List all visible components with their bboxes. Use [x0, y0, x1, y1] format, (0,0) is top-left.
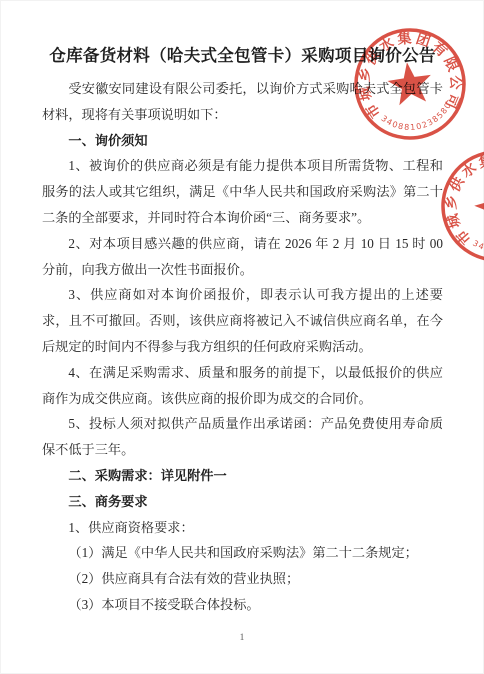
page-title: 仓库备货材料（哈夫式全包管卡）采购项目询价公告: [42, 44, 443, 67]
document-body: 仓库备货材料（哈夫式全包管卡）采购项目询价公告 受安徽安同建设有限公司委托，以询…: [42, 44, 443, 618]
svg-text:3408810238580: 3408810238580: [468, 216, 484, 262]
section-heading-3: 三、商务要求: [42, 489, 443, 515]
star-icon: [470, 179, 484, 231]
paragraph-item-5: 5、投标人须对拟供产品质量作出承诺函：产品免费使用寿命质保不低于三年。: [42, 411, 443, 463]
paragraph-sub-item-1: （1）满足《中华人民共和国政府采购法》第二十二条规定；: [42, 540, 443, 566]
document-page: 仓库备货材料（哈夫式全包管卡）采购项目询价公告 受安徽安同建设有限公司委托，以询…: [0, 0, 484, 674]
paragraph-intro: 受安徽安同建设有限公司委托，以询价方式采购哈夫式全包管卡材料，现将有关事项说明如…: [42, 76, 443, 128]
paragraph-sub-item-2: （2）供应商具有合法有效的营业执照；: [42, 566, 443, 592]
paragraph-item-1: 1、被询价的供应商必须是有能力提供本项目所需货物、工程和服务的法人或其它组织，满…: [42, 153, 443, 230]
paragraph-sub-item-3: （3）本项目不接受联合体投标。: [42, 592, 443, 618]
page-number: 1: [0, 633, 484, 643]
seal-code-text: 3408810238580: [468, 216, 484, 262]
paragraph-item-3: 3、供应商如对本询价函报价，即表示认可我方提出的上述要求，且不可撤回。否则，该供…: [42, 282, 443, 359]
paragraph-item-2: 2、对本项目感兴趣的供应商，请在 2026 年 2 月 10 日 15 时 00…: [42, 231, 443, 283]
paragraph-sub-1: 1、供应商资格要求：: [42, 515, 443, 541]
section-heading-1: 一、询价须知: [42, 128, 443, 154]
section-heading-2: 二、采购需求：详见附件一: [42, 463, 443, 489]
paragraph-item-4: 4、在满足采购需求、质量和服务的前提下，以最低报价的供应商作为成交供应商。该供应…: [42, 360, 443, 412]
